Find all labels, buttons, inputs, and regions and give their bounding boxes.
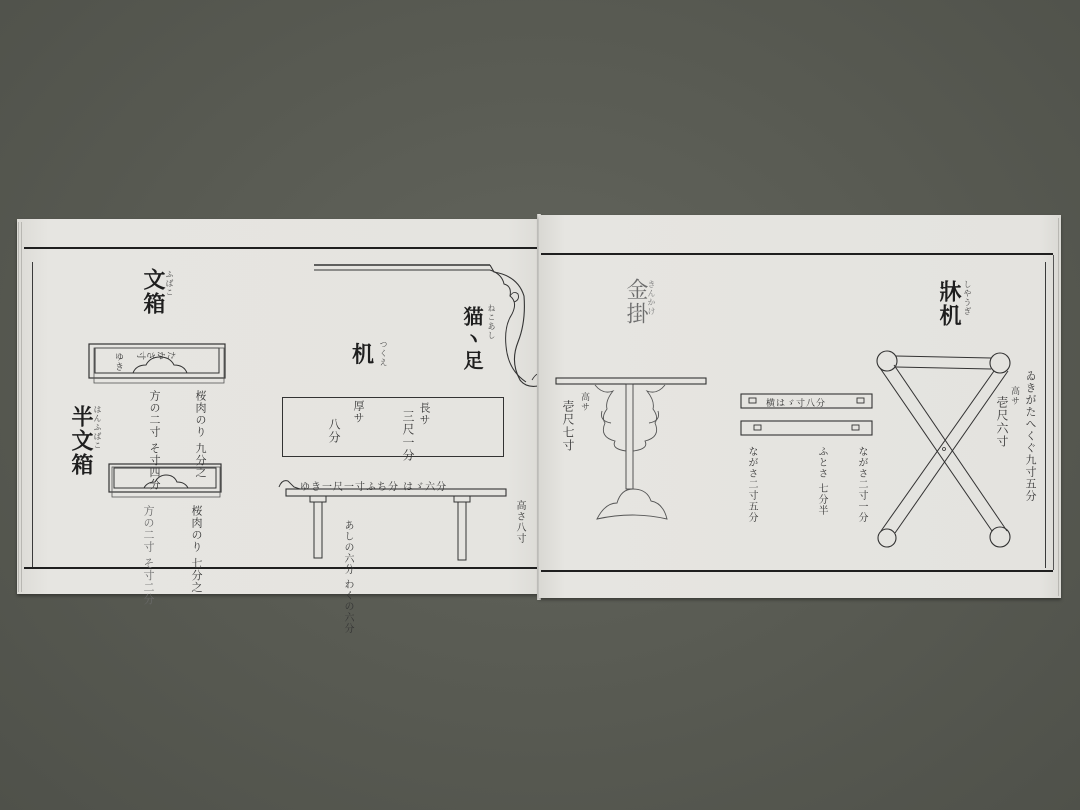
tsukue-height-note: 高さ八寸 xyxy=(512,500,527,544)
tsukue-length-label: 長サ xyxy=(416,402,432,426)
kinkake-height-value: 壱尺七寸 xyxy=(560,400,577,452)
nekoashi-leg-diagram xyxy=(312,262,544,392)
right-outer-frame-line xyxy=(1053,255,1054,570)
kinkake-height-label: 高サ xyxy=(578,392,591,412)
shogi-upper-bar-label: 横はゞ寸八分 xyxy=(766,396,826,409)
shogi-note-middle: ふとさ 七分半 xyxy=(814,446,829,506)
bottom-border-rule xyxy=(541,570,1053,572)
fubako-box-label-left: ゆき xyxy=(112,352,125,372)
shogi-ruby: しやうぎ xyxy=(962,280,973,316)
han-fubako-note-2: 方の二寸 そ寸二分 xyxy=(140,505,156,565)
shogi-title: 牀机 xyxy=(934,280,965,328)
kinkake-ruby: きんかけ xyxy=(646,280,657,316)
han-fubako-note-1: 桜肉のり 七分之 xyxy=(188,505,204,565)
shogi-side-note: ゐきがたへくぐ九寸五分 xyxy=(1022,370,1038,502)
shogi-note-right: ながさ二寸一分 xyxy=(854,446,869,523)
top-border-rule xyxy=(541,253,1053,255)
shogi-note-left: ながさ二寸五分 xyxy=(744,446,759,523)
tsukue-thickness-value: 八分 xyxy=(326,418,343,444)
top-border-rule xyxy=(24,247,538,249)
shogi-height-value: 壱尺六寸 xyxy=(994,396,1011,448)
right-frame-line xyxy=(1045,262,1046,568)
nekoashi-title: 猫ヽ足 xyxy=(458,306,487,372)
page-edge-stack xyxy=(18,222,19,592)
tsukue-top-board-box xyxy=(282,397,504,457)
page-edge-stack xyxy=(1058,218,1059,596)
shogi-stool-diagram xyxy=(874,349,1016,549)
tsukue-length-value: 三尺一分 xyxy=(400,410,417,462)
han-fubako-ruby: はんふばこ xyxy=(92,405,103,450)
fubako-note-1: 桜肉のり 九分之 xyxy=(192,390,208,440)
bottom-border-rule xyxy=(24,567,538,569)
page-edge-stack xyxy=(21,222,22,592)
han-fubako-box-diagram xyxy=(108,463,224,499)
fubako-ruby: ふばこ xyxy=(164,270,175,297)
tsukue-thickness-label: 厚サ xyxy=(350,400,366,424)
fubako-box-label-right: たかさ寸 xyxy=(136,348,176,361)
fubako-note-2: 方の二寸 そ寸四分 xyxy=(146,390,162,440)
left-frame-line xyxy=(32,262,33,567)
open-book: 文箱 ふばこ たかさ寸 ゆき 桜肉のり 九分之 方の二寸 そ寸四分 半文箱 はん… xyxy=(0,0,1080,810)
tsukue-side-caption: ゆき一尺一寸ふち分 はゞ六分 xyxy=(300,478,447,493)
nekoashi-ruby: ねこあし xyxy=(486,304,497,340)
tsukue-leg-caption: あしの六分 わくの六分 xyxy=(340,520,355,570)
